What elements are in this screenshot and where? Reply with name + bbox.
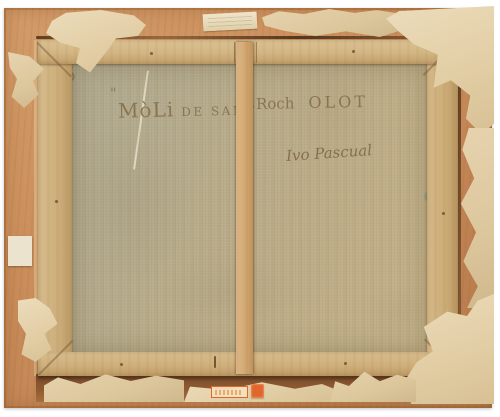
nail-mark (120, 363, 123, 366)
nail-mark (150, 52, 153, 55)
title-word-moli: MòLi (118, 97, 175, 122)
bottom-orange-solid-sticker (251, 384, 264, 398)
nail-mark (352, 50, 355, 53)
nail-mark (344, 362, 347, 365)
title-word-olot: OLOT (308, 92, 368, 112)
frame-top-label-sticker (203, 12, 258, 32)
sticker-illegible-text (215, 390, 243, 395)
bottom-orange-outline-sticker (211, 386, 248, 398)
quote-mark: " (110, 86, 116, 102)
nail-mark (442, 212, 445, 215)
artwork-back-photo: 5 " MòLiDE SANT RochOLOT Ivo Pascual (0, 0, 500, 417)
nail-mark (214, 356, 216, 368)
location-inscription: RochOLOT (256, 92, 368, 113)
title-word-roch: Roch (256, 94, 295, 113)
crossbar-joint-seam (256, 42, 257, 63)
crossbar-joint-seam (234, 42, 235, 63)
stretcher-crossbar-center (236, 42, 253, 374)
label-illegible-text (208, 16, 252, 27)
nail-mark (55, 200, 58, 203)
frame-side-label-sticker (8, 236, 32, 266)
